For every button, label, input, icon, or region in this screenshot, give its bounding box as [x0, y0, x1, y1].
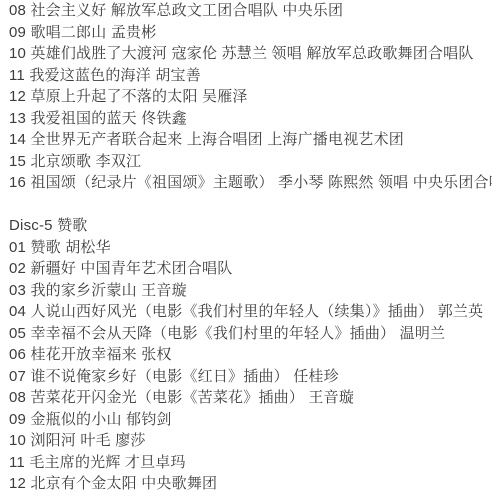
track-line: 04 人说山西好风光（电影《我们村里的年轻人（续集）》插曲） 郭兰英 — [9, 301, 492, 323]
track-line: 12 北京有个金太阳 中央歌舞团 — [9, 473, 492, 495]
track-line: 03 我的家乡沂蒙山 王音璇 — [9, 280, 492, 302]
track-line: 08 社会主义好 解放军总政文工团合唱队 中央乐团 — [9, 0, 492, 22]
track-line: 14 全世界无产者联合起来 上海合唱团 上海广播电视艺术团 — [9, 129, 492, 151]
track-line: 10 英雄们战胜了大渡河 寇家伦 苏慧兰 领唱 解放军总政歌舞团合唱队 — [9, 43, 492, 65]
track-line: 05 幸幸福不会从天降（电影《我们村里的年轻人》插曲） 温明兰 — [9, 323, 492, 345]
track-line: 09 金瓶似的小山 郁钧剑 — [9, 409, 492, 431]
track-line: 07 谁不说俺家乡好（电影《红日》插曲） 任桂珍 — [9, 366, 492, 388]
track-line: 10 浏阳河 叶毛 廖莎 — [9, 430, 492, 452]
blank-line — [9, 194, 492, 216]
track-line: 13 我爱祖国的蓝天 佟铁鑫 — [9, 108, 492, 130]
track-line: 06 桂花开放幸福来 张权 — [9, 344, 492, 366]
track-line: 08 苦菜花开闪金光（电影《苦菜花》插曲） 王音璇 — [9, 387, 492, 409]
track-line: 11 我爱这蓝色的海洋 胡宝善 — [9, 65, 492, 87]
track-line: 09 歌唱二郎山 孟贵彬 — [9, 22, 492, 44]
track-line: 01 赞歌 胡松华 — [9, 237, 492, 259]
track-line: 15 北京颂歌 李双江 — [9, 151, 492, 173]
track-line: 11 毛主席的光辉 才旦卓玛 — [9, 452, 492, 474]
disc5-heading: Disc-5 赞歌 — [9, 215, 492, 237]
tracklist-page: 08 社会主义好 解放军总政文工团合唱队 中央乐团 09 歌唱二郎山 孟贵彬 1… — [0, 0, 498, 498]
track-line: 12 草原上升起了不落的太阳 吴雁泽 — [9, 86, 492, 108]
track-line: 16 祖国颂（纪录片《祖国颂》主题歌） 季小琴 陈熙然 领唱 中央乐团合唱团 — [9, 172, 492, 194]
tracklist: 08 社会主义好 解放军总政文工团合唱队 中央乐团 09 歌唱二郎山 孟贵彬 1… — [9, 0, 492, 495]
track-line: 02 新疆好 中国青年艺术团合唱队 — [9, 258, 492, 280]
